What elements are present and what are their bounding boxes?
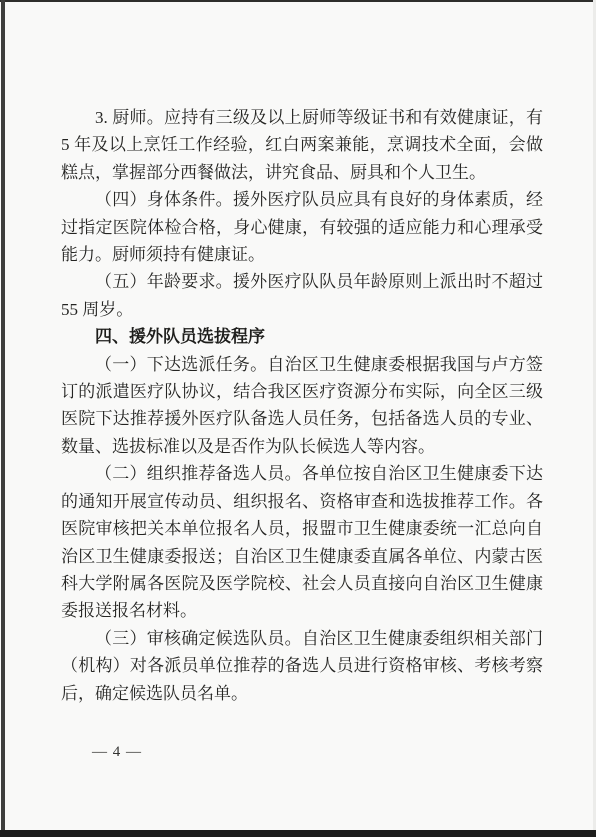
section-heading-selection-procedure: 四、援外队员选拔程序 (61, 323, 543, 350)
paragraph-age-requirement: （五）年龄要求。援外医疗队队员年龄原则上派出时不超过 55 周岁。 (61, 268, 543, 323)
scan-edge-top (0, 0, 596, 2)
paragraph-candidate-confirmation: （三）审核确定候选队员。自治区卫生健康委组织相关部门（机构）对各派员单位推荐的备… (61, 625, 543, 707)
paragraph-chef-requirements: 3. 厨师。应持有三级及以上厨师等级证书和有效健康证，有 5 年及以上烹饪工作经… (61, 104, 543, 186)
scanned-document-page: 3. 厨师。应持有三级及以上厨师等级证书和有效健康证，有 5 年及以上烹饪工作经… (0, 0, 596, 837)
paragraph-candidate-recommendation: （二）组织推荐备选人员。各单位按自治区卫生健康委下达的通知开展宣传动员、组织报名… (61, 460, 543, 624)
scan-edge-left (1, 0, 5, 837)
scan-edge-bottom (0, 830, 596, 837)
paragraph-physical-condition: （四）身体条件。援外医疗队员应具有良好的身体素质，经过指定医院体检合格，身心健康… (61, 186, 543, 268)
document-body: 3. 厨师。应持有三级及以上厨师等级证书和有效健康证，有 5 年及以上烹饪工作经… (61, 104, 543, 707)
page-number: — 4 — (92, 744, 142, 761)
paragraph-task-assignment: （一）下达选派任务。自治区卫生健康委根据我国与卢方签订的派遣医疗队协议，结合我区… (61, 351, 543, 461)
